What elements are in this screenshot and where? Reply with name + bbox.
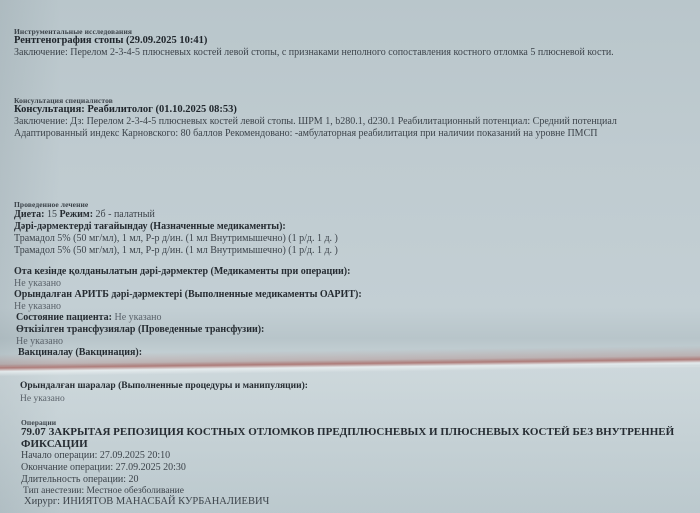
prescribed-med-item: Трамадол 5% (50 мг/мл), 1 мл, Р-р д/ин. … [14, 233, 338, 245]
vaccination-title: Вакциналау (Вакцинация): [18, 347, 142, 359]
karnofsky-index-line: Адаптированный индекс Карновского: 80 ба… [14, 128, 597, 140]
prescribed-meds-title: Дәрі-дәрмектерді тағайындау (Назначенные… [14, 221, 286, 233]
patient-condition-label: Состояние пациента: [16, 312, 112, 323]
operation-name-line1: 79.07 ЗАКРЫТАЯ РЕПОЗИЦИЯ КОСТНЫХ ОТЛОМКО… [21, 426, 674, 438]
procedures-title: Орындалған шаралар (Выполненные процедур… [20, 380, 308, 392]
xray-study-title: Рентгенография стопы (29.09.2025 10:41) [14, 35, 207, 47]
operation-end: Окончание операции: 27.09.2025 20:30 [21, 462, 186, 474]
diet-value: 15 [47, 209, 57, 220]
icu-meds-title: Орындалған АРИТБ дәрі-дәрмектері (Выполн… [14, 289, 362, 301]
operation-name-line2: ФИКСАЦИИ [21, 438, 88, 450]
operation-start: Начало операции: 27.09.2025 20:10 [21, 450, 170, 462]
xray-conclusion: Заключение: Перелом 2-3-4-5 плюсневых ко… [14, 47, 614, 59]
procedures-value: Не указано [20, 393, 65, 405]
regime-value: 2б - палатный [96, 209, 155, 220]
consultation-title: Консультация: Реабилитолог (01.10.2025 0… [14, 104, 237, 116]
diet-label: Диета: [14, 209, 44, 220]
regime-label: Режим: [59, 209, 93, 220]
patient-condition-line: Состояние пациента: Не указано [16, 312, 162, 324]
medical-document-photo: Инструментальные исследования Рентгеногр… [0, 0, 700, 513]
prescribed-med-item: Трамадол 5% (50 мг/мл), 1 мл, Р-р д/ин. … [14, 245, 338, 257]
consultation-conclusion: Заключение: Дз: Перелом 2-3-4-5 плюсневы… [14, 116, 617, 128]
patient-condition-value: Не указано [114, 312, 161, 323]
surgeon-name: Хирург: ИНИЯТОВ МАНАСБАЙ КУРБАНАЛИЕВИЧ [24, 496, 269, 508]
operation-meds-title: Ота кезінде қолданылатын дәрі-дәрмектер … [14, 266, 350, 278]
diet-regime-line: Диета: 15 Режим: 2б - палатный [14, 209, 155, 221]
transfusions-title: Өткізілген трансфузиялар (Проведенные тр… [16, 324, 264, 336]
